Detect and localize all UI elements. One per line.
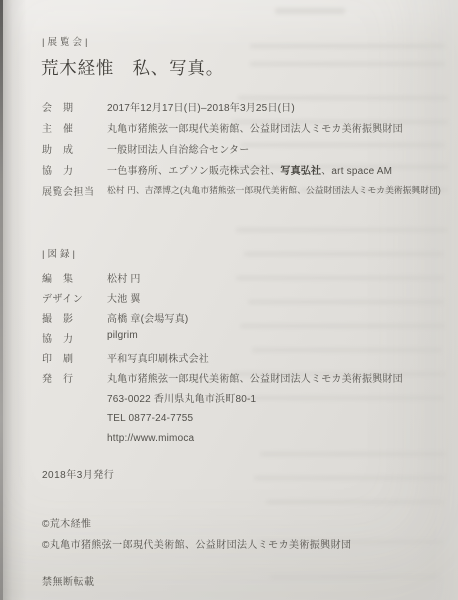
copyright-block: ©荒木経惟 ©丸亀市猪熊弦一郎現代美術館、公益財団法人ミモカ美術振興財団 — [42, 514, 351, 556]
publisher-block: 丸亀市猪熊弦一郎現代美術館、公益財団法人ミモカ美術振興財団 763-0022 香… — [107, 370, 403, 448]
publisher-address: 763-0022 香川県丸亀市浜町80-1 — [107, 390, 403, 410]
row-value: 平和写真印刷株式会社 — [107, 350, 209, 365]
credit-row-tanto: 展覧会担当 松村 円、吉澤博之(丸亀市猪熊弦一郎現代美術館、公益財団法人ミモカ美… — [42, 183, 450, 204]
colophon-content: |展覧会| 荒木経惟 私、写真。 会 期 2017年12月17日(日)–2018… — [0, 0, 458, 600]
issue-date: 2018年3月発行 — [42, 466, 114, 481]
catalog-section-header: |図録| — [42, 246, 78, 260]
credit-row-shusai: 主 催 丸亀市猪熊弦一郎現代美術館、公益財団法人ミモカ美術振興財団 — [42, 120, 450, 141]
book-colophon-page: |展覧会| 荒木経惟 私、写真。 会 期 2017年12月17日(日)–2018… — [0, 0, 458, 600]
credit-row-kaiki: 会 期 2017年12月17日(日)–2018年3月25日(日) — [42, 99, 450, 120]
copyright-artist: ©荒木経惟 — [42, 514, 351, 535]
row-value: pilgrim — [107, 330, 138, 341]
row-label: 発 行 — [42, 370, 107, 385]
row-label: 印 刷 — [42, 350, 107, 365]
credit-row-insatsu: 印 刷 平和写真印刷株式会社 — [42, 350, 450, 370]
row-value: 松村 円、吉澤博之(丸亀市猪熊弦一郎現代美術館、公益財団法人ミモカ美術振興財団) — [107, 183, 441, 196]
catalog-credits: 編 集 松村 円 デザイン 大池 翼 撮 影 高橋 章(会場写真) 協 力 pi… — [42, 270, 450, 448]
page-title: 荒木経惟 私、写真。 — [41, 55, 224, 80]
credit-row-josei: 助 成 一般財団法人自治総合センター — [42, 141, 450, 162]
publisher-name: 丸亀市猪熊弦一郎現代美術館、公益財団法人ミモカ美術振興財団 — [107, 370, 403, 390]
row-label: 編 集 — [42, 270, 107, 285]
credit-row-henshu: 編 集 松村 円 — [42, 270, 450, 290]
credit-row-satsuei: 撮 影 高橋 章(会場写真) — [42, 310, 450, 330]
credit-row-kyoryoku: 協 力 pilgrim — [42, 330, 450, 350]
row-value: 一色事務所、エプソン販売株式会社、写真弘社、art space AM — [107, 162, 392, 177]
row-label: 展覧会担当 — [42, 183, 107, 198]
credit-row-design: デザイン 大池 翼 — [42, 290, 450, 310]
row-value: 大池 翼 — [107, 290, 141, 305]
cooperation-part: 、art space AM — [321, 166, 392, 177]
reproduction-notice: 禁無断転載 — [42, 573, 95, 588]
credit-row-kyoryoku: 協 力 一色事務所、エプソン販売株式会社、写真弘社、art space AM — [42, 162, 450, 183]
row-value: 一般財団法人自治総合センター — [107, 141, 249, 156]
credit-row-hakko: 発 行 丸亀市猪熊弦一郎現代美術館、公益財団法人ミモカ美術振興財団 763-00… — [42, 370, 450, 448]
row-value: 高橋 章(会場写真) — [107, 310, 188, 325]
row-label: 協 力 — [42, 162, 107, 177]
exhibition-section-header: |展覧会| — [42, 34, 90, 48]
row-value: 2017年12月17日(日)–2018年3月25日(日) — [107, 99, 295, 114]
copyright-museum: ©丸亀市猪熊弦一郎現代美術館、公益財団法人ミモカ美術振興財団 — [42, 535, 351, 556]
row-label: 協 力 — [42, 330, 107, 345]
publisher-url: http://www.mimoca — [107, 429, 403, 449]
row-value: 松村 円 — [107, 270, 141, 285]
row-label: 会 期 — [42, 99, 107, 114]
row-label: 撮 影 — [42, 310, 107, 325]
page-edge — [0, 0, 3, 600]
publisher-phone: TEL 0877-24-7755 — [107, 409, 403, 429]
page-edge-shadow — [3, 0, 27, 600]
shashin-kosha-logotype: 写真弘社 — [280, 166, 321, 177]
row-label: 主 催 — [42, 120, 107, 135]
row-label: 助 成 — [42, 141, 107, 156]
cooperation-part: 一色事務所、エプソン販売株式会社、 — [107, 166, 280, 177]
exhibition-credits: 会 期 2017年12月17日(日)–2018年3月25日(日) 主 催 丸亀市… — [42, 99, 450, 204]
row-label: デザイン — [42, 290, 107, 305]
row-value: 丸亀市猪熊弦一郎現代美術館、公益財団法人ミモカ美術振興財団 — [107, 120, 403, 135]
